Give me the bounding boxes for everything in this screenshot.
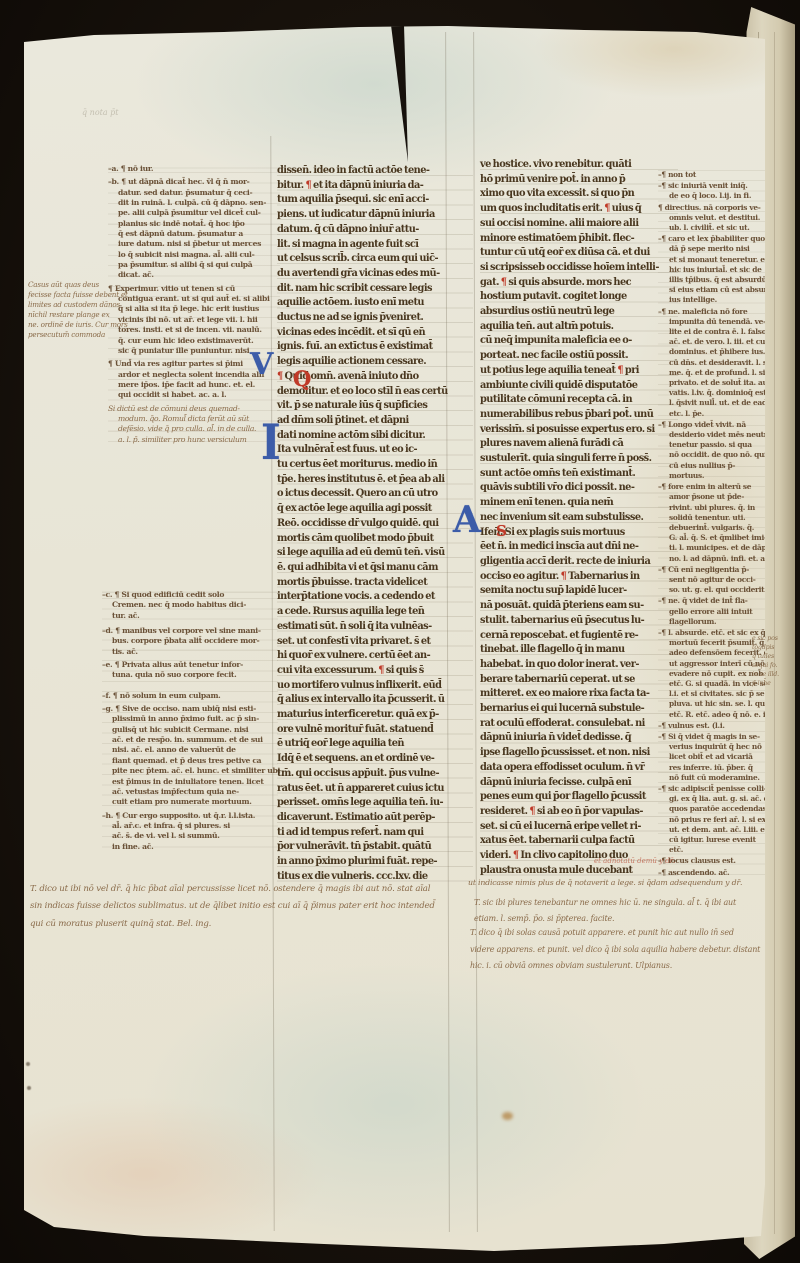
text-line: –¶ ne. maleficia nō fore <box>669 307 766 317</box>
text-line: ti ad id tempus refert̄. nam qui <box>277 826 473 841</box>
text-line: dit. nam hic scribit cessare legis <box>277 282 473 297</box>
stain-spot <box>502 1112 513 1120</box>
text-line: e sic pos <box>752 634 796 643</box>
text-line: plissimū in anno p̄ximo fuit. ac p̄ sin- <box>112 714 278 724</box>
text-line: etc̄. R. etc̄. adeo q̄ nō. e. ini. au. <box>669 710 766 720</box>
text-line: –¶ non tot <box>669 170 766 180</box>
text-line: l. q̄sivit null̄. ut. et de eadē <box>669 398 766 408</box>
text-line: qui occidit si habet. ac. a. l. <box>118 390 280 400</box>
text-line: vatis. l.iv. q̄. dominioq̄ est <box>669 388 766 398</box>
gloss-block: –c. ¶ Si quod edificiū cedit soloCremen.… <box>102 590 278 621</box>
ruling-line-vertical <box>473 32 478 1232</box>
text-line: ambiunte civili quidē disputatōe <box>480 379 678 394</box>
text-line: dicaverunt. Estimatio aūt perēp- <box>277 811 473 826</box>
text-line: dominius. et p̄hibere ius. l. <box>669 347 766 357</box>
text-line: mitteret. ex eo maiore rixa facta ta- <box>480 687 678 702</box>
text-line: illis tp̄ibus. q̄ est absurdū <box>669 275 766 285</box>
text-line: gligentia accī derit. recte de iniuria <box>480 555 678 570</box>
text-line: dāpnū iniuria fecisse. culpā enī <box>480 776 678 791</box>
text-line: gat. ¶ si quis absurde. mors hec <box>480 276 678 291</box>
text-line: ut indicasse nimis plus de q̄ notaverit … <box>468 876 800 890</box>
text-line: bitur. ¶ et ita dāpnū iniuria da- <box>277 179 473 194</box>
text-line: pa p̄sumitur. si alibi q̄ si qui culpā <box>118 260 280 270</box>
text-line: rivint. ubi plures. q̄. in <box>669 503 766 513</box>
initial-Q-red: Q <box>293 368 311 389</box>
text-line: ratus ēet. ut n̄ appareret cuius ictu <box>277 782 473 797</box>
gloss-block: –h. ¶ Cur ergo supposito. ut q̄.r. l.l.i… <box>102 811 278 852</box>
text-line: ēet n̄. in medici inscīa aut dn̄i ne- <box>480 540 678 555</box>
text-line: nā posuāt. quidā p̄teriens eam su- <box>480 599 678 614</box>
fore-edge-crease <box>774 32 775 1234</box>
text-line: dicat. ac̄. <box>118 270 280 280</box>
text-line: –¶ sic adipiscit̄ penisse colli- <box>669 784 766 794</box>
gloss-item: –¶ ne. maleficia nō foreimpunita dū tene… <box>658 307 766 419</box>
text-line: ac̄. et de resp̄o. in. summum. et de sui <box>112 735 278 745</box>
text-line: gello errore alii intuit <box>669 607 766 617</box>
text-line: p̄ inh̄e <box>752 679 796 688</box>
text-line: cū dn̄s. et desideravit. l. si a <box>669 358 766 368</box>
manuscript-photo: q̄ nota p̄t Casus aūt quas deusfecisse f… <box>0 0 800 1263</box>
text-line: contigua erant. ut si qui aut̄ ei. si al… <box>118 294 280 304</box>
text-line: ¶ directius. nā corporis ve- <box>669 203 766 213</box>
text-line: cū neq̄ impunita maleficia ee o- <box>480 334 678 349</box>
text-line: –¶ fore enim in alterū se <box>669 482 766 492</box>
text-line: tuna. quia nō suo corpore fecit. <box>112 670 278 680</box>
text-line: est p̄imus in de iniuliatore tenen. lice… <box>112 777 278 787</box>
text-line: et si monaut teneretur. et sic <box>669 255 766 265</box>
text-line: piens. ut iudicatur dāpnū iniuria <box>277 208 473 223</box>
text-line: penes eum qui p̄or flagello p̄cussit <box>480 790 678 805</box>
text-line: sequi fo. <box>752 661 796 670</box>
text-line: –¶ Cū enī negligentia p̄- <box>669 565 766 575</box>
text-line: tp̄e. heres institutus ē. et p̄ea ab ali <box>277 473 473 488</box>
main-text-column-1: dissen̄. ideo in factū actōe tene-bitur.… <box>277 164 473 884</box>
text-line: vicinis ibi nō. ut ar̄. et lege vii. l. … <box>118 315 280 325</box>
text-line: uo mortifero vulnus inflixerit. eūd̄ <box>277 679 473 694</box>
text-line: lite ei de contra ē. l. falso. q̄si <box>669 327 766 337</box>
text-line: habebat. in quo dolor inerat. ver- <box>480 658 678 673</box>
text-line: um quos includitatis erit. ¶ uius q̄ <box>480 202 678 217</box>
initial-S-red: S <box>496 524 507 539</box>
text-line: gi. ex q̄ lia. aut. g. si. ac̄. debet al… <box>669 794 766 804</box>
text-line: du avertendi gr̄a vicinas edes mū- <box>277 267 473 282</box>
text-line: datum. q̄ cū dāpno iniur̄ attu- <box>277 223 473 238</box>
text-line: fiant quemad. et p̄ deus tres petive ca <box>112 756 278 766</box>
text-line: flagellorum. <box>669 617 766 627</box>
text-line: cuit etiam pro numerate mortuum. <box>112 797 278 807</box>
text-line: quos paratōe accedendas. <box>669 804 766 814</box>
red-marginal-addition: et adnotatū demū y dr̄. <box>594 857 675 865</box>
text-line: qui cū moratus pluserit quinq̄ stat. Bel… <box>30 916 482 933</box>
text-line: resideret. ¶ si ab eo n̄ p̄or vapulas- <box>480 805 678 820</box>
initial-I-blue: I <box>261 419 281 467</box>
text-line: set. ut confestī vita privaret. s̄ et <box>277 635 473 650</box>
gloss-block: –d. ¶ manibus vel corpore vel sine mani-… <box>102 626 278 657</box>
text-line: privato. et de solut̄ ita. aut pri- <box>669 378 766 388</box>
text-line: ad dn̄m soli p̄tinet. et dāpni <box>277 414 473 429</box>
text-line: hostium putavit. cogitet longe <box>480 290 678 305</box>
text-line: –¶ caro et lex p̄babiliter quon- <box>669 234 766 244</box>
gloss-item: ¶ directius. nā corporis ve-omnis velut.… <box>658 203 766 234</box>
text-line: modum. q̄o. Romul̄ dicta ferūt aū sūt <box>118 414 280 424</box>
wormhole <box>26 1062 30 1066</box>
text-line: etc. l. p̄e. <box>669 409 766 419</box>
text-line: ē utriq̄ eor̄ lege aquilia ten̄ <box>277 737 473 752</box>
text-line: Cremen. nec q̄ modo habitus dici- <box>112 600 278 610</box>
bottom-right-note-3: T. dico q̄ ibi solas causā potuit appare… <box>470 925 800 975</box>
text-line: dissen̄. ideo in factū actōe tene- <box>277 164 473 179</box>
text-line: planius sic indē notat̄. q̄ hoc ip̄o <box>118 219 280 229</box>
text-line: nō occidit. de quo nō. quia <box>669 450 766 460</box>
text-line: q̄ ex actōe lege aquilia agi possit <box>277 502 473 517</box>
text-line: nec invenium sit eam substulisse. <box>480 511 678 526</box>
text-line: nisi. ac̄. el. anno de valuerūt de <box>112 745 278 755</box>
fore-edge-note: e sic postogdpisq̄ tuilessequi fo.in se … <box>752 634 796 688</box>
text-line: dati nomine actōm sibi dicitur. <box>277 429 473 444</box>
text-line: licet obit̄ et ad vicariā <box>669 752 766 762</box>
text-line: tum aquilia p̄sequi. sic enī acci- <box>277 193 473 208</box>
text-line: ac̄. s̄. de vi. vel l. si summū. <box>112 831 278 841</box>
gloss-block: ¶ Experimur. vitio ut tenen si cūcontigu… <box>108 284 280 356</box>
gloss-item: –¶ sic adipiscit̄ penisse colli-gi. ex q… <box>658 784 766 855</box>
text-line: vicinas edes incēdit. et sī qū en̄ <box>277 326 473 341</box>
text-line: lit. si magna in agente fuit scī <box>277 238 473 253</box>
gloss-item: –¶ fore enim in alterū seamor p̄sone ut … <box>658 482 766 564</box>
text-line: –¶ sic iniuriā venit iniq̄. <box>669 181 766 191</box>
text-line: –d. ¶ manibus vel corpore vel sine mani- <box>112 626 278 636</box>
gloss-item: –¶ l. absurde. etc̄. et sic ex q̄mortuū … <box>658 628 766 720</box>
left-margin-glosses-upper: –a. ¶ nō iur. –b. ¶ ut dāpnā dicat̄ hec.… <box>108 164 280 448</box>
text-line: –b. ¶ ut dāpnā dicat̄ hec. v̄l q̄ n̄ mor… <box>118 177 280 187</box>
text-line: hic ius iniurial̄. et sic de <box>669 265 766 275</box>
text-line: cū eius nullius p̄- <box>669 461 766 471</box>
text-line: q̄ si alia si ita p̄ lege. hic erit iust… <box>118 304 280 314</box>
text-line: pe. alii culpā p̄sumitur vel dicet̄ cul- <box>118 208 280 218</box>
text-line: tur. ac̄. <box>112 611 278 621</box>
text-line: rat oculū effoderat. consulebat. ni <box>480 717 678 732</box>
text-line: sent nō agitur de occi- <box>669 575 766 585</box>
text-line: maturius interficeretur. quā ex p̄- <box>277 708 473 723</box>
text-line: si scripsisseb occidisse hoīem intelli- <box>480 261 678 276</box>
text-line: verius inquirūt q̄ hec nō <box>669 742 766 752</box>
bottom-right-note-1: ut indicasse nimis plus de q̄ notaverit … <box>468 876 800 890</box>
text-line: –¶ ne. q̄ videt de int̄ fla- <box>669 596 766 606</box>
text-line: T. dico q̄ ibi solas causā potuit appare… <box>470 925 800 942</box>
text-line: berare tabernariū ceperat. ut se <box>480 673 678 688</box>
text-line: me. q̄. et de profund̄. l. si e <box>669 368 766 378</box>
gloss-block: –f. ¶ nō solum in eum culpam. <box>102 691 278 701</box>
text-line: in fine. ac̄. <box>112 842 278 852</box>
text-line: tuntur cū utq̄ eor̄ ex diūsa cā. et dui <box>480 246 678 261</box>
gloss-item: –¶ Cū enī negligentia p̄-sent nō agitur … <box>658 565 766 596</box>
text-line: q̄ alius ex intervallo ita p̄cusserit. ū <box>277 693 473 708</box>
text-line: tis. ac̄. <box>112 647 278 657</box>
text-line: ac̄. vetustas imp̄fectum quia ne- <box>112 787 278 797</box>
text-line: ius intellige. <box>669 295 766 305</box>
text-line: hic. i. cū obviā omnes obviam sustulerun… <box>470 958 800 975</box>
text-line: ut celsus scrib̄. circa eum qui uic̄- <box>277 252 473 267</box>
text-line: plures navem alienā furādi cā <box>480 437 678 452</box>
text-line: T. dico ut ibi nō vel dr̄. q̄ hic p̄bat … <box>30 881 482 898</box>
text-line: cū igitur. lurese evenit <box>669 835 766 845</box>
text-line: ductus ne ad se ignis p̄veniret. <box>277 311 473 326</box>
text-line: –¶ Longo videt̄ vivit. nā <box>669 420 766 430</box>
text-line: Ita vulnērat̄ est fuus. ut eo ic- <box>277 443 473 458</box>
text-line: togdpis <box>752 643 796 652</box>
text-line: data opera effodisset oculum. n̄ vr̄ <box>480 761 678 776</box>
text-line: interp̄tatione vocis. a cedendo et <box>277 590 473 605</box>
manuscript-page: q̄ nota p̄t Casus aūt quas deusfecisse f… <box>24 24 765 1251</box>
text-line: l.i. et si civitates. sic p̄ se si <box>669 689 766 699</box>
text-line: aquilie actōem. iusto enī metu <box>277 296 473 311</box>
text-line: in se illd. <box>752 670 796 679</box>
text-line: putilitate cōmuni recepta cā. in <box>480 393 678 408</box>
initial-V-blue: V <box>250 350 273 380</box>
text-line: numerabilibus rebus p̄bari pot̄. unū <box>480 408 678 423</box>
text-line: nō fuit cū moderamine. <box>669 773 766 783</box>
text-line: ac̄. et. de vero. l. iii. et cum <box>669 337 766 347</box>
bottom-right-note-2: T. sic ibi plures tenebantur ne omnes hi… <box>474 895 800 927</box>
text-line: perisset. omn̄s lege aquilia ten̄. iu- <box>277 796 473 811</box>
gloss-block: –e. ¶ Privata alius aūt tenetur infor-tu… <box>102 660 278 681</box>
text-line: tores. insti. et si de incen. vii. naulū… <box>118 325 280 335</box>
text-line: datur. sed datur. p̄sumatur q̄ ceci- <box>118 188 280 198</box>
text-line: porteat. nec facile ostiū possit. <box>480 349 678 364</box>
text-line: –¶ vulnus est. (l.i. <box>669 721 766 731</box>
gloss-block: –g. ¶ Sive de occiso. nam ubiq̄ nisi est… <box>102 704 278 807</box>
text-line: ipse flagello p̄cussisset. et non. nisi <box>480 746 678 761</box>
text-line: desiderio videt mēs neutra <box>669 430 766 440</box>
bottom-left-note: T. dico ut ibi nō vel dr̄. q̄ hic p̄bat … <box>30 881 482 933</box>
text-line: stulit. tabernarius eū p̄secutus lu- <box>480 614 678 629</box>
text-line: estimati sūt. n̄ soli q̄ ita vulnēas- <box>277 620 473 635</box>
text-line: q̄ est dāpnū datum. p̄sumatur a <box>118 229 280 239</box>
text-line: Ifen̄. Si ex plagis suis mortuus <box>480 526 678 541</box>
text-line: mortis cām quolibet modo p̄buit <box>277 532 473 547</box>
text-line: p̄or vulnerāvit. tn̄ p̄stabit. quātū <box>277 840 473 855</box>
initial-A-blue: A <box>453 502 481 538</box>
text-line: iure datum. nisi si p̄betur ut merces <box>118 239 280 249</box>
text-line: gulisq̄ ut hic subicit Cermane. nisi <box>112 725 278 735</box>
text-line: impunita dū tenendā. ve- <box>669 317 766 327</box>
text-line: pluva. ut hic sin. se. l. qui <box>669 699 766 709</box>
text-line: set. si cū ei lucernā eripe vellet ri- <box>480 820 678 835</box>
text-line: defēsio. vide q̄ pro culla. al̄. in de c… <box>118 424 280 434</box>
gloss-item: –¶ vulnus est. (l.i. <box>658 721 766 731</box>
text-line: hi quor̄ ex vulnere. certū ēet an- <box>277 649 473 664</box>
text-line: sunt actōe omn̄s ten̄ existimant̄. <box>480 467 678 482</box>
gloss-item: –¶ Si q̄ videt q̄ magis in se-verius inq… <box>658 732 766 783</box>
text-line: –f. ¶ nō solum in eum culpam. <box>112 691 278 701</box>
text-line: bus. corpore p̄bata alit̄ occidere mor- <box>112 636 278 646</box>
text-line: cui vita excessurum. ¶ si quis s̄ <box>277 664 473 679</box>
text-line: nō prius re feri ar̄. l. si ex <box>669 815 766 825</box>
left-margin-glosses-lower: –c. ¶ Si quod edificiū cedit soloCremen.… <box>102 590 278 855</box>
text-line: ut. et dem. ant. ac̄. l.iii. etc̄. <box>669 825 766 835</box>
text-line: semita noctu sup̄ lapidē lucer- <box>480 584 678 599</box>
text-line: si eius etiam cū est absurde <box>669 285 766 295</box>
text-line: –g. ¶ Sive de occiso. nam ubiq̄ nisi est… <box>112 704 278 714</box>
text-line: tinebat. ille flagello q̄ in manu <box>480 643 678 658</box>
text-line: aquilia ten̄. aut altm̄ potuis. <box>480 320 678 335</box>
main-text-column-2: ve hostice. vivo renebitur. quātihō prim… <box>480 158 678 878</box>
gloss-item: –¶ sic iniuriā venit iniq̄.de eo q̄ loco… <box>658 181 766 201</box>
text-line: sin indicas fuisse delictos sublimatus. … <box>30 898 482 915</box>
text-line: a. l. p̄. similiter pro hunc versiculum <box>118 435 280 445</box>
faint-offset-mark: q̄ nota p̄t <box>82 108 119 117</box>
text-line: in anno p̄ximo plurimi fuāt. repe- <box>277 855 473 870</box>
text-line: ximo quo vita excessit. si quo p̄n <box>480 187 678 202</box>
text-line: de eo q̄ loco. l.ij. in fi. <box>669 191 766 201</box>
text-line: ut potius lege aquilia teneat̄ ¶ pri <box>480 364 678 379</box>
gloss-block: –a. ¶ nō iur. <box>108 164 280 174</box>
text-line: dā p̄ sepe merito nisi <box>669 244 766 254</box>
text-line: vit. p̄ se naturale iūs q̄ sup̄ficies <box>277 399 473 414</box>
text-line: sustulerīt. quia singuli ferre n̄ poss̄. <box>480 452 678 467</box>
text-line: amor p̄sone ut p̄de- <box>669 492 766 502</box>
text-line: hō primū venire pot̄. in anno p̄ <box>480 173 678 188</box>
text-line: –¶ Si q̄ videt q̄ magis in se- <box>669 732 766 742</box>
text-line: etc̄. <box>669 845 766 855</box>
text-line: ti. l. municipes. et de dāp- <box>669 543 766 553</box>
text-line: ignis. fuī. an extīctus ē existimat̄ <box>277 340 473 355</box>
text-line: –a. ¶ nō iur. <box>118 164 280 174</box>
text-line: sui occisi nomine. alii maiore alii <box>480 217 678 232</box>
text-line: ē. qui adhibita vi et q̄si manu cām <box>277 561 473 576</box>
text-line: no. l. ad dāpnū. infi. et. ac̄. <box>669 554 766 564</box>
text-line: occiso eo agitur. ¶ Tabernarius in <box>480 570 678 585</box>
text-line: a cede. Rursus aquilia lege ten̄ <box>277 605 473 620</box>
text-line: T. sic ibi plures tenebantur ne omnes hi… <box>474 895 800 911</box>
text-line: –h. ¶ Cur ergo supposito. ut q̄.r. l.l.i… <box>112 811 278 821</box>
text-line: bernarius ei qui lucernā substule- <box>480 702 678 717</box>
text-line: quāvis subtili vr̄o dici possit. ne- <box>480 481 678 496</box>
right-margin-glosses: –¶ non tot–¶ sic iniuriā venit iniq̄.de … <box>658 170 766 879</box>
text-line: ore vulnē moritur̄ fuāt. statuend̄ <box>277 723 473 738</box>
text-line: mortuus. <box>669 471 766 481</box>
text-line: al̄. ar̄.c. et infra. q̄ si plures. si <box>112 821 278 831</box>
text-line: q̄ tuiles <box>752 652 796 661</box>
text-line: ub. l. civilit̄. et sic ut. <box>669 223 766 233</box>
text-line: o ictus decessit. Quero an cū utro <box>277 487 473 502</box>
gloss-item: –¶ caro et lex p̄babiliter quon-dā p̄ se… <box>658 234 766 305</box>
text-line: mortis p̄buisse. tracta videlicet <box>277 576 473 591</box>
text-line: –e. ¶ Privata alius aūt tenetur infor- <box>112 660 278 670</box>
text-line: –¶ locus clausus est. <box>669 856 766 866</box>
text-line: Si dictū est de cōmuni deus quemad- <box>118 404 280 414</box>
text-line: xatus ēet. tabernarii culpa factū <box>480 834 678 849</box>
text-line: dit in ruinā. l. culpā. cū q̄ dāpno. sen… <box>118 198 280 208</box>
text-line: so. ut. g. el. qui occiderit. <box>669 585 766 595</box>
text-line: omnis velut. et destitui. <box>669 213 766 223</box>
text-line: tenetur passio. si qua <box>669 440 766 450</box>
text-line: tm̄. qui occisus app̄uit. p̄us vulne- <box>277 767 473 782</box>
text-line: minem enī tenen. quia nem̄ <box>480 496 678 511</box>
text-line: Idq̄ ē et sequens. an et ordinē ve- <box>277 752 473 767</box>
text-line: G. al̄. q̄. S. et q̄mlibet imi- <box>669 533 766 543</box>
text-line: cernā reposcebat. et fugientē re- <box>480 629 678 644</box>
text-line: ve hostice. vivo renebitur. quāti <box>480 158 678 173</box>
text-line: pite nec p̄tem. ac̄. el. hunc. et simili… <box>112 766 278 776</box>
text-line: ¶ Experimur. vitio ut tenen si cū <box>118 284 280 294</box>
text-line: debuerint̄. vulgaris. q̄. <box>669 523 766 533</box>
text-line: solidū tenentur. uti. <box>669 513 766 523</box>
text-line: tu certus ēet moriturus. medio in̄ <box>277 458 473 473</box>
text-line: –c. ¶ Si quod edificiū cedit solo <box>112 590 278 600</box>
gloss-item: –¶ Longo videt̄ vivit. nādesiderio videt… <box>658 420 766 481</box>
text-line: lo q̄ subicit nisi magna. al̄. alii cul- <box>118 250 280 260</box>
gloss-item: –¶ ne. q̄ videt de int̄ fla-gello errore… <box>658 596 766 627</box>
gloss-item: –¶ non tot <box>658 170 766 180</box>
text-line: videre apparens. et punit. vel dico q̄ i… <box>470 942 800 959</box>
text-line: res inferre. iū. p̄ber. q̄ <box>669 763 766 773</box>
text-line: absurdius ostiū neutrū lege <box>480 305 678 320</box>
text-line: minore estimatōem p̄hibit. flec- <box>480 232 678 247</box>
text-line: Reō. occidisse dr̄ vulgo quidē. qui <box>277 517 473 532</box>
text-line: si lege aquilia ad eū demū ten̄. visū <box>277 546 473 561</box>
gloss-block: –b. ¶ ut dāpnā dicat̄ hec. v̄l q̄ n̄ mor… <box>108 177 280 280</box>
wormhole <box>27 1086 31 1090</box>
text-line: q̄. cur eum hic ideo existimaverūt. <box>118 336 280 346</box>
text-line: dāpnū iniuria n̄ videt̄ dedisse. q̄ <box>480 731 678 746</box>
text-line: verissim̄. si posuisse expertus ero. si <box>480 423 678 438</box>
gloss-block-cursive: Si dictū est de cōmuni deus quemad-modum… <box>108 404 280 445</box>
